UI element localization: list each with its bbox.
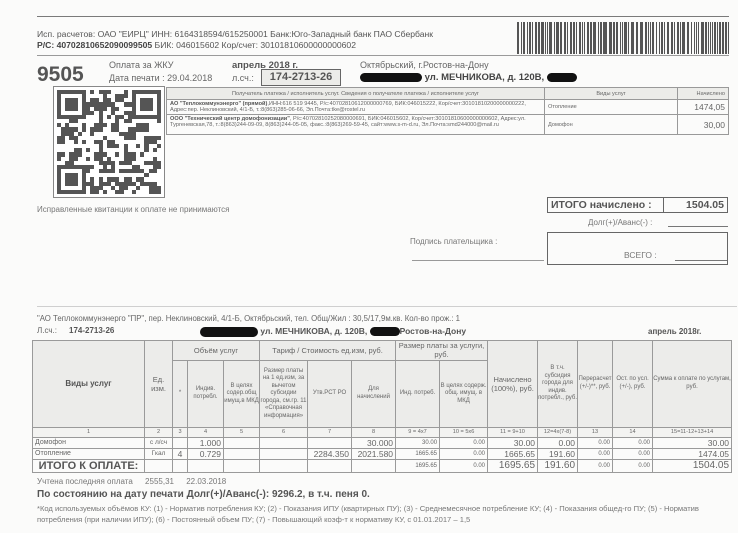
table-cell: 2284.350 [308, 448, 352, 459]
total-charged-box: ИТОГО начислено : 1504.05 [547, 197, 728, 213]
last-payment-label: Учтена последняя оплата [37, 477, 133, 486]
receipt-code: 9505 [37, 63, 84, 87]
table-row: ОтоплениеГкал40.7292284.3502021.5801665.… [33, 448, 732, 459]
table-cell: Гкал [145, 448, 173, 459]
col-header-pay-indiv: Инд. потреб. [396, 360, 440, 427]
col-header-charged: Начислено (100%), руб. [488, 341, 538, 428]
col-header-calc: Для начислений [352, 360, 396, 427]
service-name: Отопление [33, 448, 145, 459]
recipient-service: Отопление [545, 100, 678, 115]
table-cell [224, 448, 260, 459]
recipient-row: ООО "Технический центр домофонизации", Р… [167, 115, 729, 135]
table-cell [145, 459, 173, 472]
table-cell [260, 448, 308, 459]
table-cell: 30.00 [488, 437, 538, 448]
col-header-volume-code: * [173, 360, 188, 427]
table-cell: 1665.65 [396, 448, 440, 459]
column-number: 14 [613, 427, 653, 437]
total-charged-label: ИТОГО начислено : [548, 198, 664, 212]
table-cell [352, 459, 396, 472]
table-cell [308, 437, 352, 448]
redacted-block [547, 73, 577, 82]
table-cell: 30.000 [352, 437, 396, 448]
bank-details-line1: Исп. расчетов: ОАО "ЕИРЦ" ИНН: 616431859… [37, 29, 433, 39]
table-cell: 0.00 [578, 437, 613, 448]
table-cell: 0.729 [188, 448, 224, 459]
recipient-info: АО "Теплокоммунэнерго" (прямой),ИНН:616 … [167, 100, 545, 115]
column-number: 13 [578, 427, 613, 437]
header-divider [37, 55, 729, 56]
barcode [517, 22, 731, 54]
settlement-account: Р/С: 40702810652090099505 [37, 40, 152, 50]
table-cell [224, 459, 260, 472]
col-header-indiv: Индив. потребл. [188, 360, 224, 427]
column-number: 12=4х(7-8) [538, 427, 578, 437]
address-street: ул. МЕЧНИКОВА, д. 120В, [360, 72, 577, 83]
payer-signature-label: Подпись плательщика : [410, 237, 497, 246]
column-number: 15=11-12+13+14 [653, 427, 732, 437]
column-number: 7 [308, 427, 352, 437]
redacted-block [200, 327, 258, 337]
recipient-amount: 1474,05 [678, 100, 729, 115]
col-header-subsidy: В т.ч. субсидия города для индив. потреб… [538, 341, 578, 428]
account-number: 174-2713-26 [261, 69, 341, 86]
charges-table: Виды услуг Ед. изм. Объём услуг Тариф / … [32, 340, 732, 473]
grand-total-label: ВСЕГО : [624, 250, 657, 260]
corrections-notice: Исправленные квитанции к оплате не прини… [37, 205, 229, 214]
table-cell: 1504.05 [653, 459, 732, 472]
column-number: 11 = 9+10 [488, 427, 538, 437]
table-cell: 1665.65 [488, 448, 538, 459]
table-cell [260, 459, 308, 472]
column-numbers-row: 123456789 = 4х710 = 5х611 = 9+1012=4х(7-… [33, 427, 732, 437]
table-cell: 191.60 [538, 448, 578, 459]
recipient-amount: 30,00 [678, 115, 729, 135]
total-label: ИТОГО К ОПЛАТЕ: [33, 459, 145, 472]
debt-status: По состоянию на дату печати Долг(+)/Аван… [37, 489, 370, 500]
account-label: л.сч.: [232, 73, 254, 83]
table-cell: 191.60 [538, 459, 578, 472]
table-cell [224, 437, 260, 448]
column-number: 4 [188, 427, 224, 437]
table-cell: 2021.580 [352, 448, 396, 459]
column-number: 8 [352, 427, 396, 437]
column-number: 2 [145, 427, 173, 437]
column-number: 10 = 5х6 [440, 427, 488, 437]
table-cell: 30.00 [396, 437, 440, 448]
payer-signature-field[interactable] [412, 260, 544, 261]
table-cell [308, 459, 352, 472]
column-number: 6 [260, 427, 308, 437]
print-date: Дата печати : 29.04.2018 [109, 73, 212, 83]
col-header-rest: Ост. по усл.(+/-), руб. [613, 341, 653, 428]
redacted-block [370, 327, 400, 336]
debt-advance-field[interactable] [668, 226, 728, 227]
section2-account-label: Л.сч.: [37, 326, 57, 335]
payment-title: Оплата за ЖКУ [109, 60, 173, 70]
recipient-info: ООО "Технический центр домофонизации", Р… [167, 115, 545, 135]
last-payment: Учтена последняя оплата 2555,31 22.03.20… [37, 477, 236, 486]
cut-line [37, 306, 737, 307]
table-cell [173, 437, 188, 448]
table-cell: 0.00 [613, 448, 653, 459]
section2-address: ул. МЕЧНИКОВА, д. 120В, Ростов-на-Дону [200, 326, 466, 337]
debt-advance-label: Долг(+)/Аванс(-) : [588, 218, 652, 227]
address-street-text: ул. МЕЧНИКОВА, д. 120В, [425, 72, 544, 83]
column-number: 5 [224, 427, 260, 437]
provider-info: "АО Теплокоммунэнерго "ПР", пер. Неклино… [37, 314, 460, 323]
table-cell: 0.00 [613, 459, 653, 472]
col-header-recalc: Перерасчет (+/-)**, руб. [578, 341, 613, 428]
table-cell: с л/сч [145, 437, 173, 448]
table-cell: 0.00 [578, 448, 613, 459]
table-cell: 30.00 [653, 437, 732, 448]
bank-bik-corr: БИК: 046015602 Кор/счет: 301018106000000… [152, 40, 356, 50]
grand-total-field[interactable] [675, 260, 727, 261]
recipients-table: Получатель платежа / исполнитель услуг. … [166, 87, 729, 135]
table-cell: 0.00 [578, 459, 613, 472]
table-cell [173, 459, 188, 472]
total-charged-value: 1504.05 [664, 198, 727, 212]
section2-city: Ростов-на-Дону [400, 326, 466, 336]
table-row: Домофонс л/сч1.00030.00030.000.0030.000.… [33, 437, 732, 448]
recipient-row: АО "Теплокоммунэнерго" (прямой),ИНН:616 … [167, 100, 729, 115]
col-header-rst: Утв.РСТ РО [308, 360, 352, 427]
section2-street: ул. МЕЧНИКОВА, д. 120В, [260, 326, 367, 336]
top-divider [37, 16, 729, 17]
section2-period: апрель 2018г. [648, 327, 701, 336]
table-cell: 0.00 [538, 437, 578, 448]
table-cell [260, 437, 308, 448]
recipients-header-charged: Начислено [678, 88, 729, 100]
column-number: 9 = 4х7 [396, 427, 440, 437]
col-header-services: Виды услуг [33, 341, 145, 428]
bank-details-line2: Р/С: 40702810652090099505 БИК: 046015602… [37, 40, 356, 50]
table-cell: 1474.05 [653, 448, 732, 459]
recipients-header-service: Виды услуг [545, 88, 678, 100]
col-header-sum: Сумма к оплате по услугам, руб. [653, 341, 732, 428]
column-number: 3 [173, 427, 188, 437]
table-cell: 0.00 [440, 448, 488, 459]
volume-codes-footnote: *Код используемых объёмов КУ: (1) - Норм… [37, 503, 727, 525]
col-header-payment-group: Размер платы за услуги, руб. [396, 341, 488, 361]
address-city-text: Октябрьский, г.Ростов-на-Дону [360, 60, 489, 70]
last-payment-amount: 2555,31 [145, 477, 174, 486]
recipients-header-recipient: Получатель платежа / исполнитель услуг. … [167, 88, 545, 100]
qr-code [53, 86, 165, 198]
table-cell: 0.00 [440, 437, 488, 448]
table-cell: 0.00 [440, 459, 488, 472]
table-cell: 1.000 [188, 437, 224, 448]
recipient-service: Домофон [545, 115, 678, 135]
redacted-block [360, 73, 422, 82]
col-header-tariff-group: Тариф / Стоимость ед.изм, руб. [260, 341, 396, 361]
section2-account: Л.сч.:174-2713-26 [37, 326, 114, 335]
col-header-tariff-net: Размер платы на 1 ед.изм, за вычетом суб… [260, 360, 308, 427]
table-cell: 1695.65 [488, 459, 538, 472]
table-cell: 4 [173, 448, 188, 459]
table-cell: 0.00 [613, 437, 653, 448]
address-city: Октябрьский, г.Ростов-на-Дону [360, 60, 489, 70]
section2-account-number: 174-2713-26 [69, 326, 114, 335]
total-row: ИТОГО К ОПЛАТЕ:1695.650.001695.65191.600… [33, 459, 732, 472]
last-payment-date: 22.03.2018 [186, 477, 226, 486]
col-header-unit: Ед. изм. [145, 341, 173, 428]
col-header-volume-group: Объём услуг [173, 341, 260, 361]
column-number: 1 [33, 427, 145, 437]
col-header-pay-common: В целях содерж. общ. имущ. в МКД [440, 360, 488, 427]
table-cell: 1695.65 [396, 459, 440, 472]
service-name: Домофон [33, 437, 145, 448]
col-header-common: В целях содер.общ имущ.в МКД [224, 360, 260, 427]
table-cell [188, 459, 224, 472]
